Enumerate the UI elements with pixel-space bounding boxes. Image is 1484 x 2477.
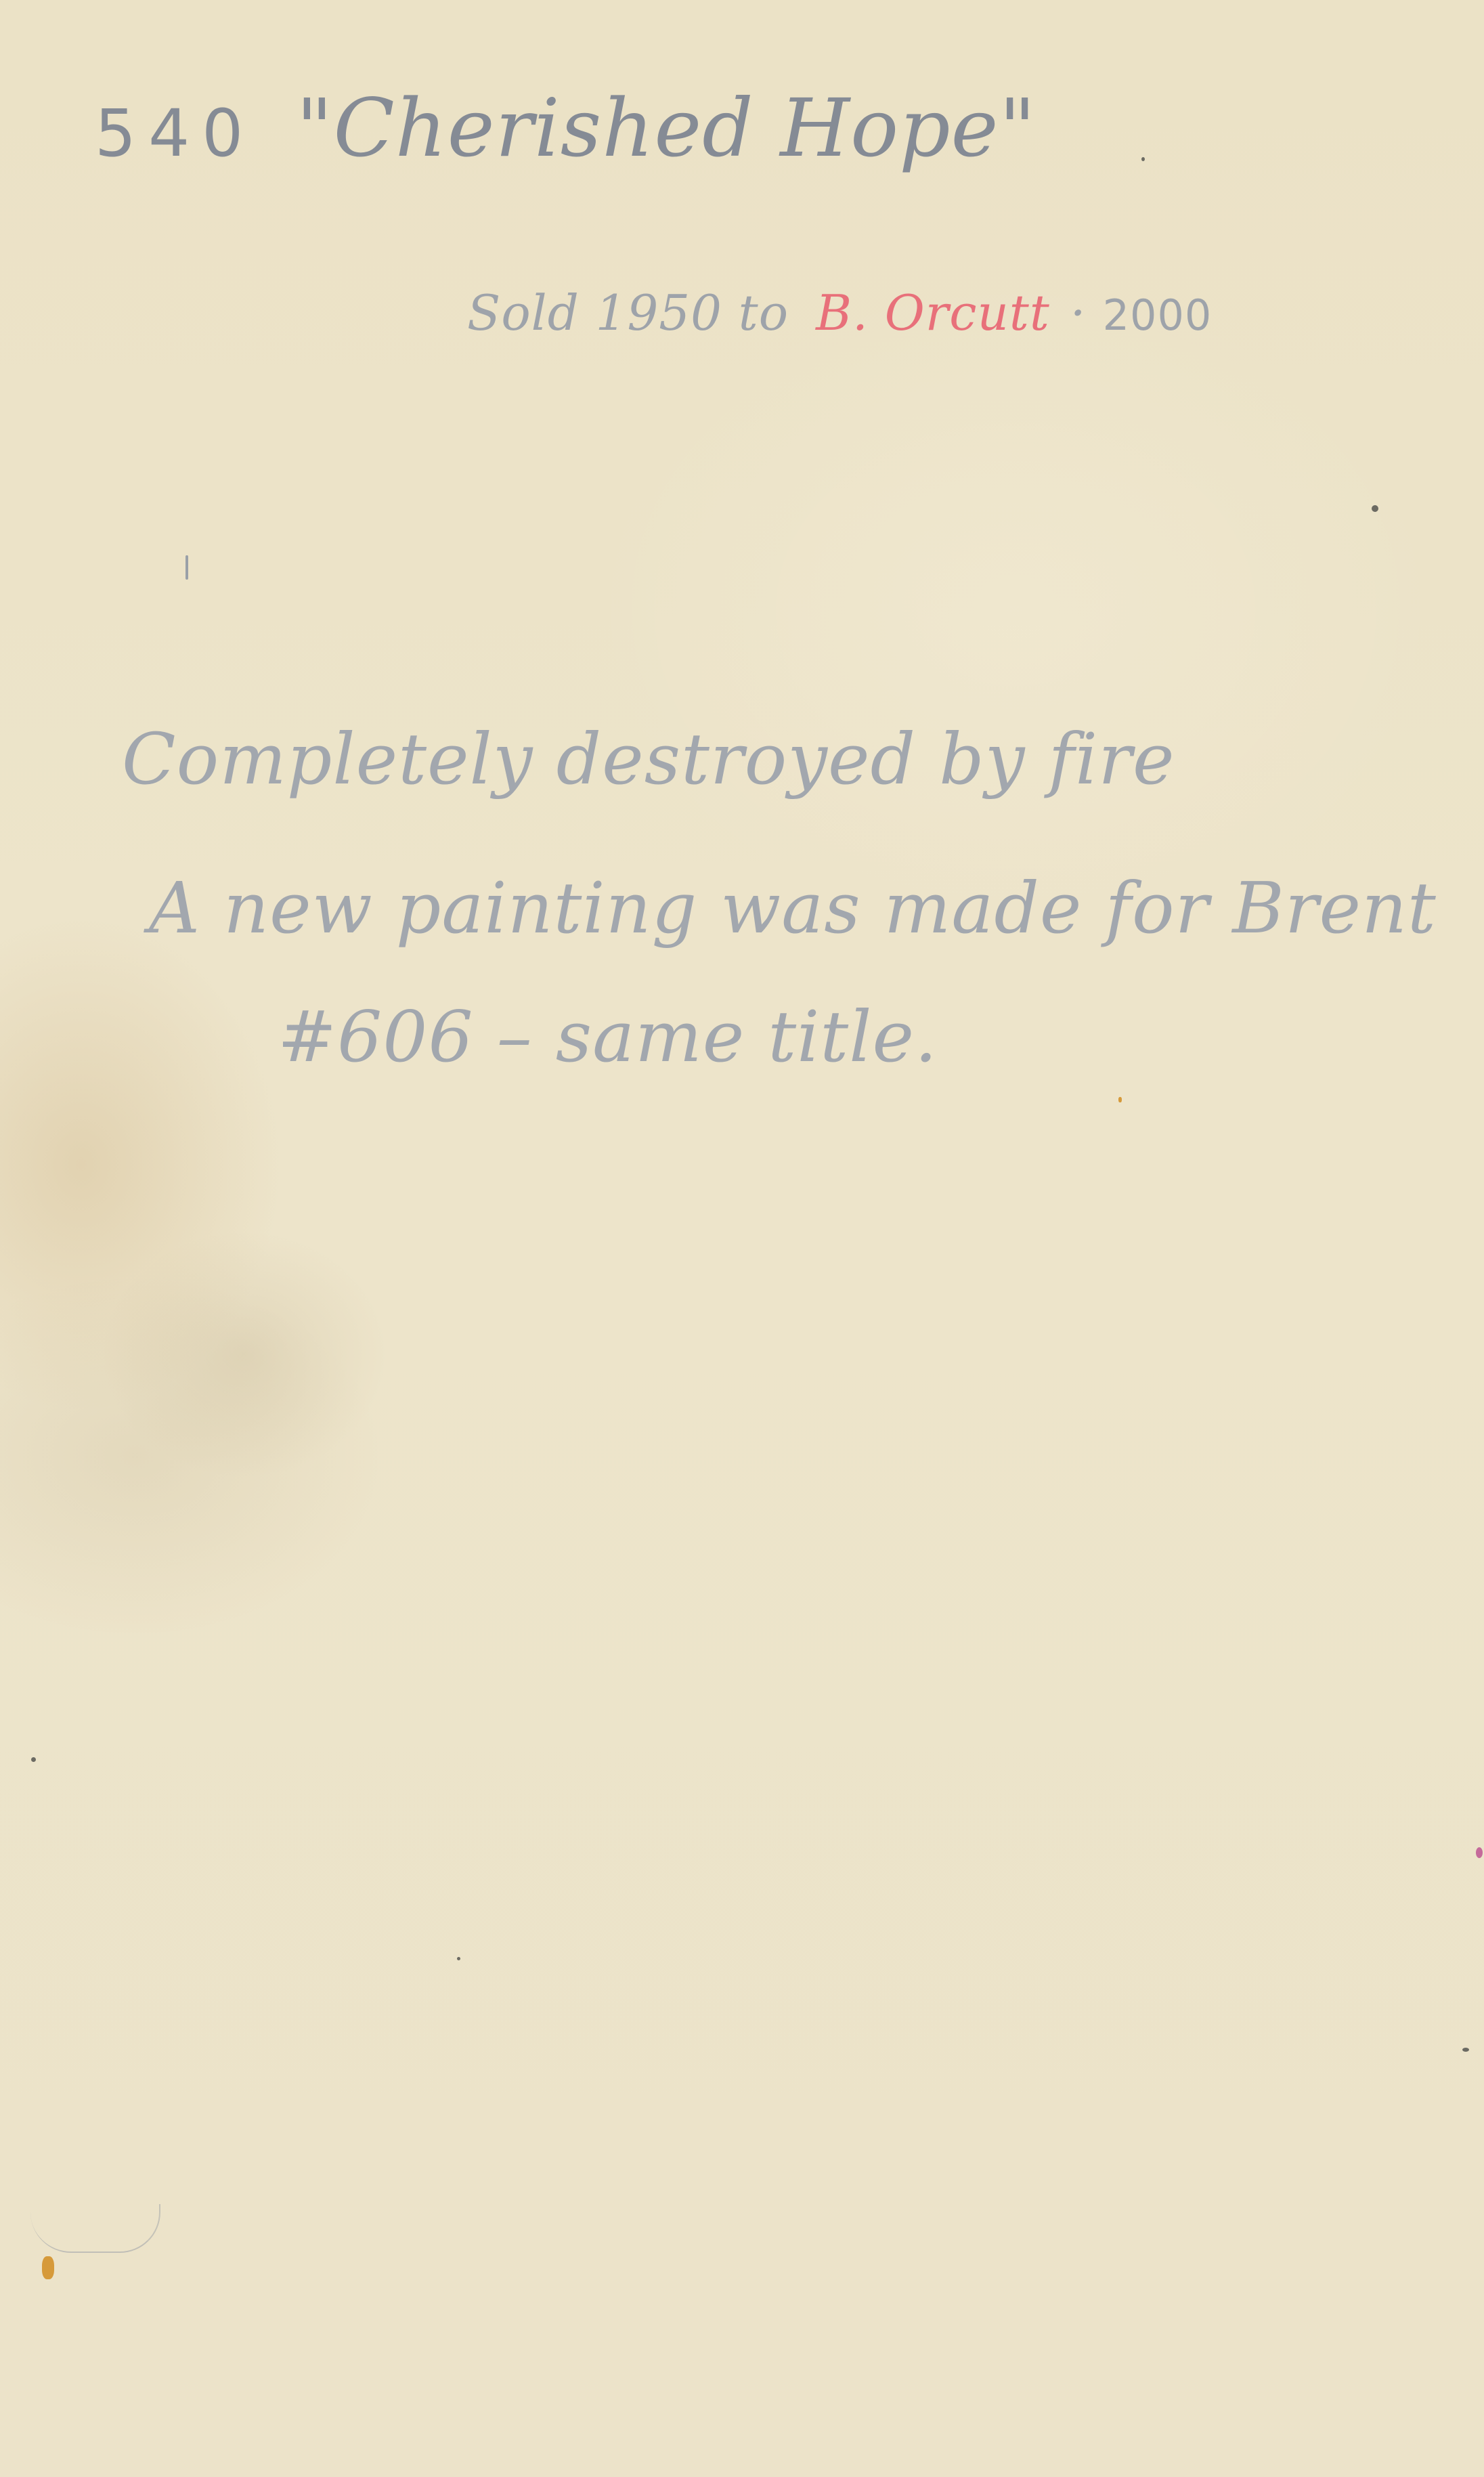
sale-separator: · (1070, 284, 1087, 341)
document-sheet: 540"Cherished Hope" Sold 1950 toB. Orcut… (0, 0, 1484, 2477)
pencil-tick-mark (185, 555, 188, 580)
sold-text: Sold 1950 to (467, 284, 789, 341)
note-line-1: Completely destroyed by fire (122, 718, 1175, 800)
note-line-3: #606 – same title. (278, 995, 938, 1078)
paper-speck-amber (42, 2256, 54, 2279)
paper-speck (1141, 157, 1145, 161)
painting-title: "Cherished Hope" (296, 81, 1036, 175)
title-line: 540"Cherished Hope" (95, 81, 1036, 175)
catalog-number: 540 (95, 95, 255, 171)
sale-line: Sold 1950 toB. Orcutt· 2000 (467, 284, 1212, 341)
buyer-name: B. Orcutt (816, 284, 1050, 341)
sale-price: 2000 (1103, 290, 1213, 340)
paper-speck (31, 1757, 36, 1762)
faint-pencil-arc (30, 2204, 160, 2253)
paper-speck (1462, 2048, 1469, 2052)
paper-speck-amber (1118, 1097, 1122, 1102)
paper-speck (457, 1957, 460, 1960)
paper-speck-pink (1476, 1847, 1483, 1858)
note-line-2: A new painting was made for Brent (149, 867, 1437, 949)
paper-speck (1372, 505, 1378, 512)
